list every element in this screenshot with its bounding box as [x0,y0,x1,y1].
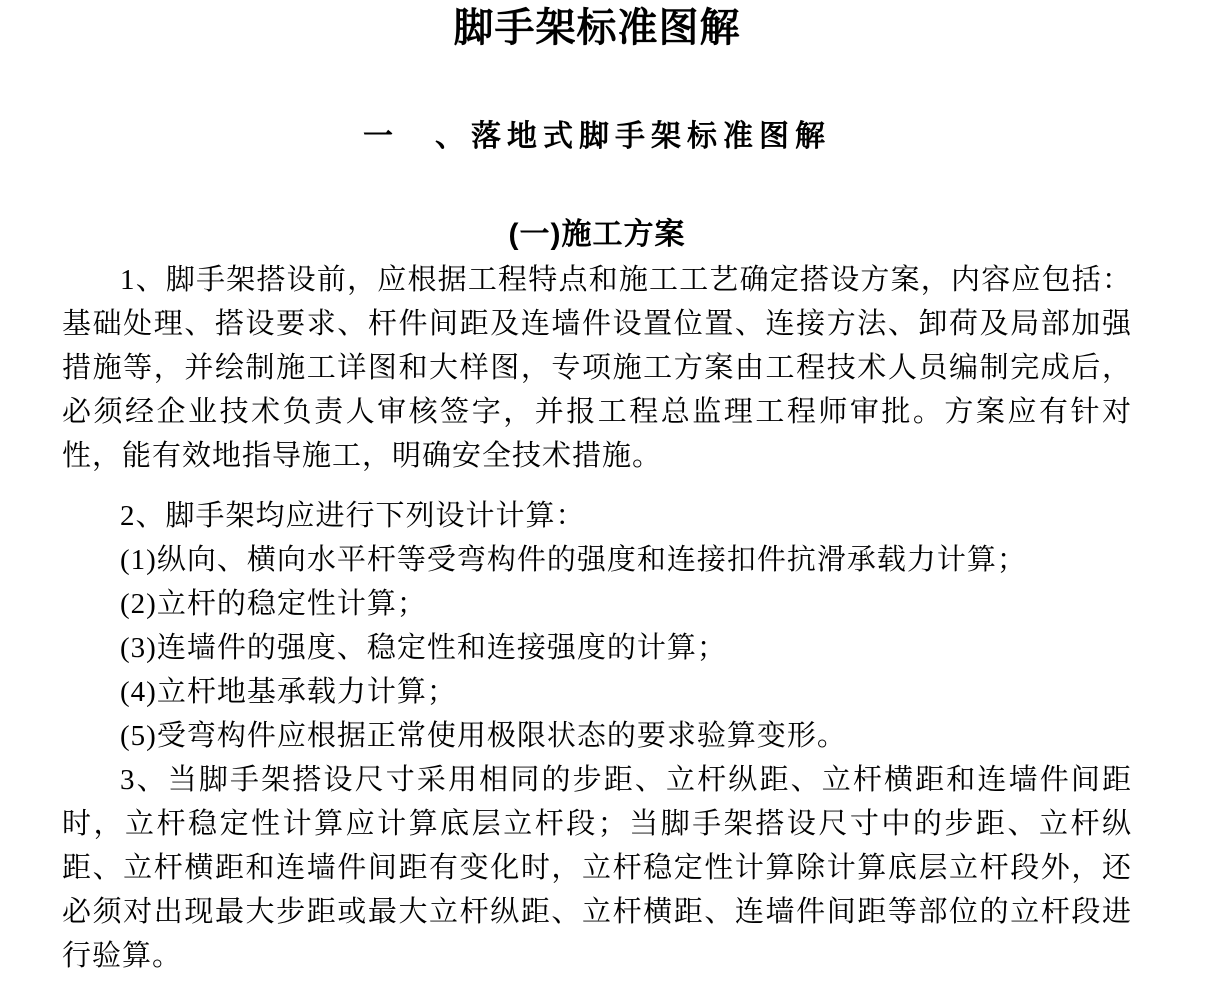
design-calc-item-3: (3)连墙件的强度、稳定性和连接强度的计算； [62,626,1132,670]
paragraph-construction-plan: 1、脚手架搭设前，应根据工程特点和施工工艺确定搭设方案，内容应包括：基础处理、搭… [62,258,1132,478]
paragraph-pole-segment-check: 3、当脚手架搭设尺寸采用相同的步距、立杆纵距、立杆横距和连墙件间距时，立杆稳定性… [62,758,1132,978]
design-calc-item-1: (1)纵向、横向水平杆等受弯构件的强度和连接扣件抗滑承载力计算； [62,538,1132,582]
document-title: 脚手架标准图解 [62,4,1132,52]
paragraph-design-calculations-lead: 2、脚手架均应进行下列设计计算： [62,494,1132,538]
chapter-heading: 一 、落地式脚手架标准图解 [62,118,1132,156]
design-calc-item-5: (5)受弯构件应根据正常使用极限状态的要求验算变形。 [62,714,1132,758]
document-page: 脚手架标准图解 一 、落地式脚手架标准图解 (一)施工方案 1、脚手架搭设前，应… [0,0,1232,990]
design-calc-item-4: (4)立杆地基承载力计算； [62,670,1132,714]
section-heading: (一)施工方案 [62,216,1132,254]
design-calc-item-2: (2)立杆的稳定性计算； [62,582,1132,626]
